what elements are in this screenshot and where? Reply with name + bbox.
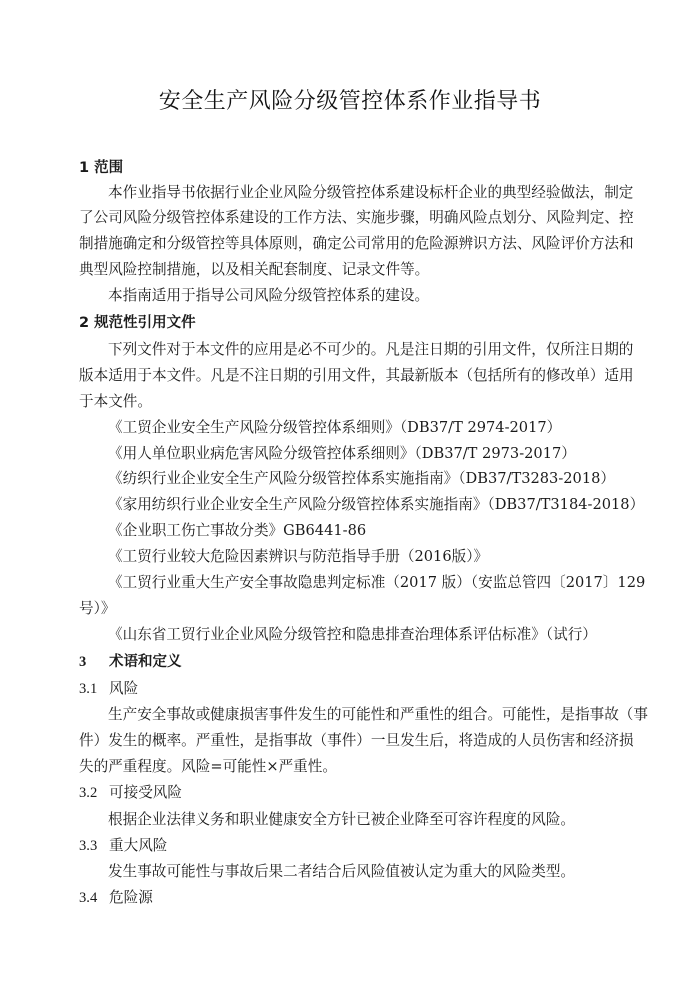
section-2-paragraph-line: 版本适用于本文件。凡是不注日期的引用文件，其最新版本（包括所有的修改单）适用	[79, 366, 639, 386]
term-definition-line: 件）发生的概率。严重性，是指事故（事件）一旦发生后，将造成的人员伤害和经济损	[79, 731, 639, 751]
reference-item: 《企业职工伤亡事故分类》GB6441-86	[108, 521, 668, 541]
document-title: 安全生产风险分级管控体系作业指导书	[0, 84, 700, 115]
reference-item: 《山东省工贸行业企业风险分级管控和隐患排查治理体系评估标准》（试行）	[108, 625, 668, 645]
reference-item: 《用人单位职业病危害风险分级管控体系细则》（DB37/T 2973-2017）	[108, 444, 668, 464]
term-3-1-heading: 3.1风险	[79, 679, 639, 699]
section-2-paragraph-line: 于本文件。	[79, 392, 639, 412]
term-3-4-heading: 3.4危险源	[79, 888, 639, 908]
section-3-heading: 3术语和定义	[79, 652, 639, 672]
term-number: 3.4	[79, 888, 109, 908]
document-page: 安全生产风险分级管控体系作业指导书 1 范围 本作业指导书依据行业企业风险分级管…	[0, 0, 700, 990]
term-definition-line: 根据企业法律义务和职业健康安全方针已被企业降至可容许程度的风险。	[108, 810, 668, 830]
reference-item: 《工贸行业较大危险因素辨识与防范指导手册（2016版）》	[108, 547, 668, 567]
section-1-scope-paragraph: 本指南适用于指导公司风险分级管控体系的建设。	[108, 286, 668, 306]
term-name: 风险	[109, 680, 138, 697]
reference-item: 《纺织行业企业安全生产风险分级管控体系实施指南》（DB37/T3283-2018…	[108, 469, 668, 489]
section-1-paragraph-line: 了公司风险分级管控体系建设的工作方法、实施步骤，明确风险点划分、风险判定、控	[79, 208, 639, 228]
section-2-paragraph-line: 下列文件对于本文件的应用是必不可少的。凡是注日期的引用文件，仅所注日期的	[108, 340, 668, 360]
reference-item: 《家用纺织行业企业安全生产风险分级管控体系实施指南》（DB37/T3184-20…	[108, 495, 668, 515]
term-definition-line: 失的严重程度。风险=可能性×严重性。	[79, 757, 639, 777]
term-definition-line: 生产安全事故或健康损害事件发生的可能性和严重性的组合。可能性，是指事故（事	[108, 705, 668, 725]
reference-item: 《工贸行业重大生产安全事故隐患判定标准（2017 版）（安监总管四〔2017〕1…	[108, 573, 668, 593]
term-number: 3.1	[79, 679, 109, 699]
section-1-paragraph-line: 制措施确定和分级管控等具体原则，确定公司常用的危险源辨识方法、风险评价方法和	[79, 234, 639, 254]
section-2-heading: 2 规范性引用文件	[79, 313, 639, 333]
reference-item-continuation: 号）》	[79, 599, 639, 619]
term-3-3-heading: 3.3重大风险	[79, 836, 639, 856]
term-definition-line: 发生事故可能性与事故后果二者结合后风险值被认定为重大的风险类型。	[108, 862, 668, 882]
term-name: 危险源	[109, 889, 153, 906]
section-3-number: 3	[79, 652, 109, 672]
section-3-title: 术语和定义	[109, 654, 182, 670]
section-1-paragraph-line: 典型风险控制措施，以及相关配套制度、记录文件等。	[79, 260, 639, 280]
reference-item: 《工贸企业安全生产风险分级管控体系细则》（DB37/T 2974-2017）	[108, 418, 668, 438]
term-number: 3.2	[79, 783, 109, 803]
term-number: 3.3	[79, 836, 109, 856]
section-1-heading: 1 范围	[79, 158, 639, 178]
term-name: 重大风险	[109, 837, 167, 854]
section-1-paragraph-line: 本作业指导书依据行业企业风险分级管控体系建设标杆企业的典型经验做法，制定	[108, 183, 639, 203]
term-name: 可接受风险	[109, 784, 182, 801]
term-3-2-heading: 3.2可接受风险	[79, 783, 639, 803]
